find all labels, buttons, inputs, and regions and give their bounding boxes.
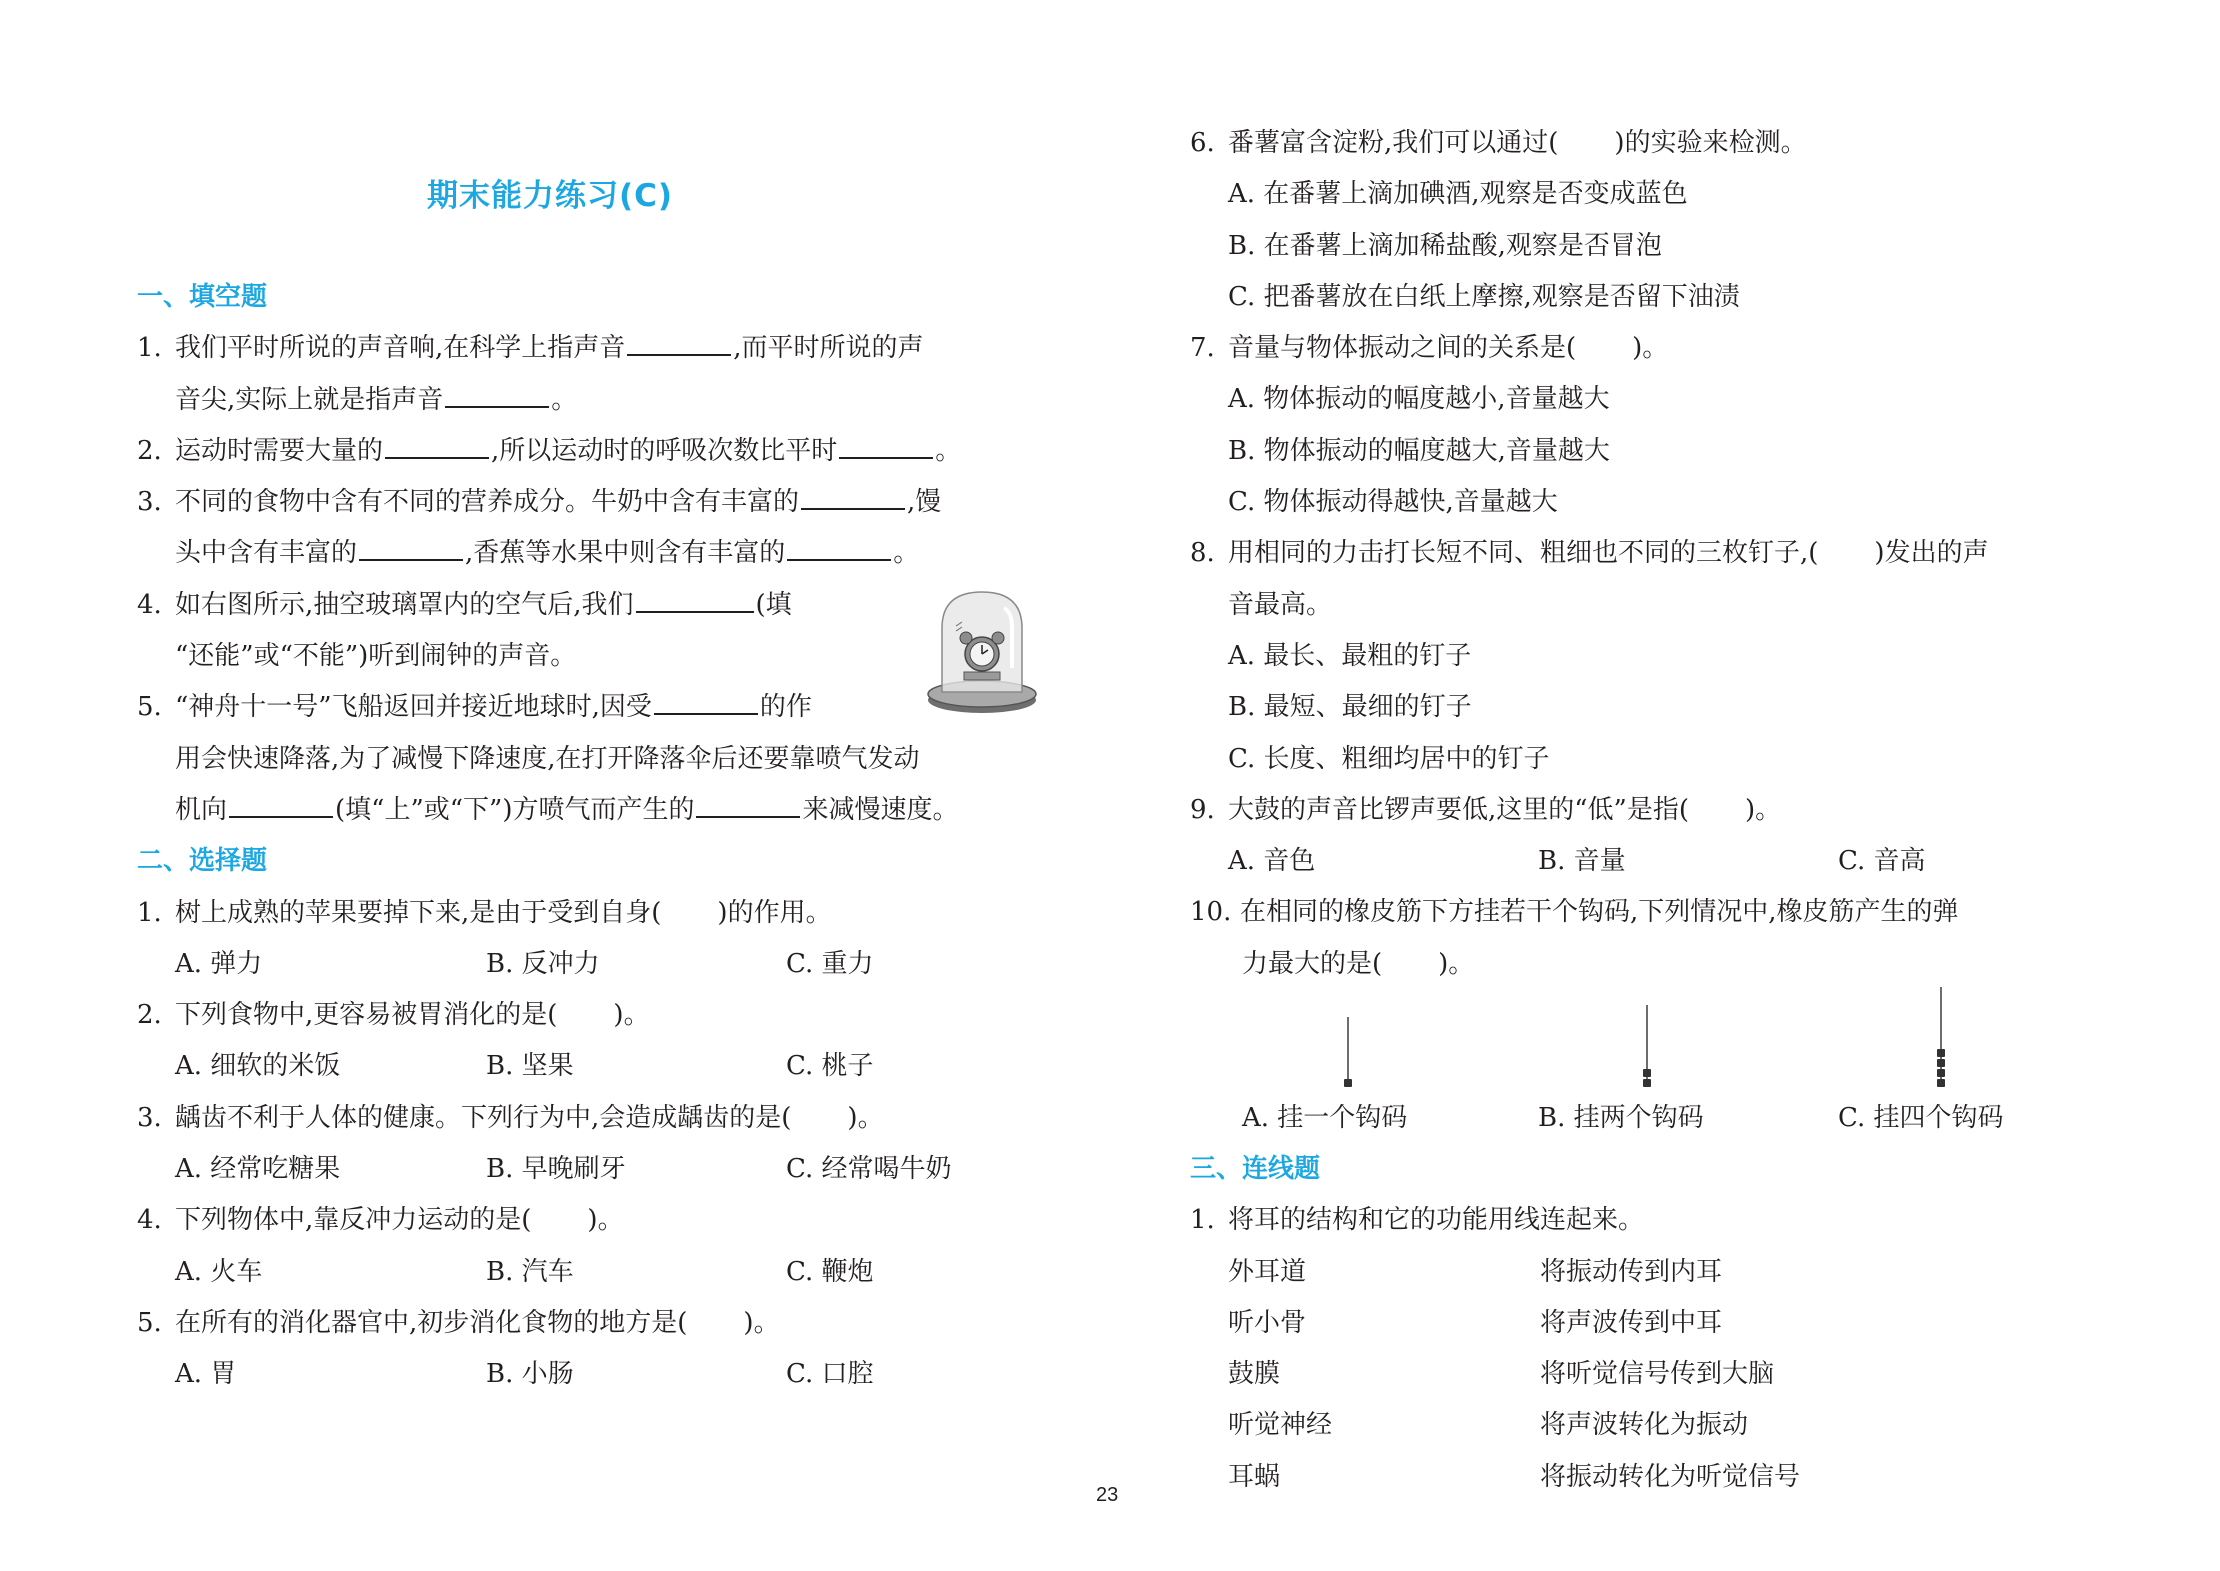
- option-a[interactable]: A. 弹力: [175, 939, 262, 990]
- option-a[interactable]: A. 在番薯上滴加碘酒,观察是否变成蓝色: [1190, 169, 2110, 220]
- right-column: 6.番薯富含淀粉,我们可以通过()的实验来检测。 A. 在番薯上滴加碘酒,观察是…: [1190, 118, 2110, 1503]
- matching-question-1: 1.将耳的结构和它的功能用线连起来。: [1190, 1195, 2110, 1246]
- choice-question-2: 2.下列食物中,更容易被胃消化的是()。: [137, 990, 1037, 1041]
- choice-question-6: 6.番薯富含淀粉,我们可以通过()的实验来检测。: [1190, 118, 2110, 169]
- choice-question-9: 9.大鼓的声音比锣声要低,这里的“低”是指()。: [1190, 785, 2110, 836]
- option-b[interactable]: B. 最短、最细的钉子: [1190, 682, 2110, 733]
- choice-question-8: 8.用相同的力击打长短不同、粗细也不同的三枚钉子,()发出的声: [1190, 528, 2110, 579]
- option-b[interactable]: B. 在番薯上滴加稀盐酸,观察是否冒泡: [1190, 221, 2110, 272]
- answer-blank[interactable]: [229, 786, 333, 818]
- option-a[interactable]: A. 经常吃糖果: [175, 1144, 340, 1195]
- choice-question-3: 3.龋齿不利于人体的健康。下列行为中,会造成龋齿的是()。: [137, 1093, 1037, 1144]
- section-heading-fill-in: 一、填空题: [137, 272, 1037, 323]
- choice-options-5: A. 胃 B. 小肠 C. 口腔: [137, 1349, 1037, 1400]
- ear-structure-item[interactable]: 听觉神经: [1228, 1400, 1332, 1451]
- choice-question-4: 4.下列物体中,靠反冲力运动的是()。: [137, 1195, 1037, 1246]
- answer-blank[interactable]: [359, 529, 463, 561]
- option-b[interactable]: B. 早晚刷牙: [486, 1144, 626, 1195]
- option-c[interactable]: C. 音高: [1838, 836, 1926, 887]
- option-c[interactable]: C. 长度、粗细均居中的钉子: [1190, 734, 2110, 785]
- choice-options-1: A. 弹力 B. 反冲力 C. 重力: [137, 939, 1037, 990]
- choice-options-9: A. 音色 B. 音量 C. 音高: [1190, 836, 2110, 887]
- bell-jar-alarm-clock-figure: [926, 588, 1038, 716]
- choice-question-10: 10.在相同的橡皮筋下方挂若干个钩码,下列情况中,橡皮筋产生的弹: [1190, 887, 2110, 938]
- answer-blank[interactable]: [696, 786, 800, 818]
- option-c[interactable]: C. 桃子: [786, 1041, 874, 1092]
- matching-row: 听小骨 将声波传到中耳: [1190, 1298, 2110, 1349]
- answer-blank[interactable]: [636, 581, 754, 613]
- choice-question-1: 1.树上成熟的苹果要掉下来,是由于受到自身()的作用。: [137, 888, 1037, 939]
- answer-blank[interactable]: [385, 427, 489, 459]
- answer-blank[interactable]: [627, 324, 731, 356]
- option-a[interactable]: A. 火车: [175, 1247, 262, 1298]
- answer-blank[interactable]: [445, 376, 549, 408]
- answer-blank[interactable]: [654, 683, 758, 715]
- fill-question-4: 4.如右图所示,抽空玻璃罩内的空气后,我们(填: [137, 580, 1037, 631]
- page-number: 23: [1096, 1484, 1118, 1507]
- rubber-band-two-weights: [1641, 1005, 1653, 1087]
- option-a[interactable]: A. 音色: [1228, 836, 1315, 887]
- choice-question-5: 5.在所有的消化器官中,初步消化食物的地方是()。: [137, 1298, 1037, 1349]
- option-c[interactable]: C. 经常喝牛奶: [786, 1144, 952, 1195]
- ear-function-item[interactable]: 将振动转化为听觉信号: [1540, 1452, 1800, 1503]
- option-c[interactable]: C. 口腔: [786, 1349, 874, 1400]
- option-c[interactable]: C. 重力: [786, 939, 874, 990]
- option-a[interactable]: A. 物体振动的幅度越小,音量越大: [1190, 374, 2110, 425]
- option-b[interactable]: B. 挂两个钩码: [1538, 1093, 1704, 1144]
- matching-row: 听觉神经 将声波转化为振动: [1190, 1400, 2110, 1451]
- section-heading-matching: 三、连线题: [1190, 1144, 2110, 1195]
- ear-function-item[interactable]: 将声波转化为振动: [1540, 1400, 1748, 1451]
- matching-row: 外耳道 将振动传到内耳: [1190, 1247, 2110, 1298]
- answer-blank[interactable]: [801, 478, 905, 510]
- matching-row: 耳蜗 将振动转化为听觉信号: [1190, 1452, 2110, 1503]
- fill-question-1: 1.我们平时所说的声音响,在科学上指声音,而平时所说的声: [137, 323, 1037, 374]
- ear-structure-item[interactable]: 外耳道: [1228, 1247, 1306, 1298]
- choice-options-10: A. 挂一个钩码 B. 挂两个钩码 C. 挂四个钩码: [1190, 1093, 2110, 1144]
- rubber-band-one-weight: [1342, 1017, 1354, 1087]
- ear-function-item[interactable]: 将声波传到中耳: [1540, 1298, 1722, 1349]
- option-c[interactable]: C. 把番薯放在白纸上摩擦,观察是否留下油渍: [1190, 272, 2110, 323]
- answer-blank[interactable]: [787, 529, 891, 561]
- option-b[interactable]: B. 反冲力: [486, 939, 600, 990]
- option-b[interactable]: B. 汽车: [486, 1247, 574, 1298]
- matching-row: 鼓膜 将听觉信号传到大脑: [1190, 1349, 2110, 1400]
- ear-structure-item[interactable]: 听小骨: [1228, 1298, 1306, 1349]
- ear-function-item[interactable]: 将振动传到内耳: [1540, 1247, 1722, 1298]
- rubber-band-four-weights: [1935, 987, 1947, 1087]
- left-column: 一、填空题 1.我们平时所说的声音响,在科学上指声音,而平时所说的声 音尖,实际…: [137, 272, 1037, 1401]
- choice-question-7: 7.音量与物体振动之间的关系是()。: [1190, 323, 2110, 374]
- option-b[interactable]: B. 坚果: [486, 1041, 574, 1092]
- ear-structure-item[interactable]: 鼓膜: [1228, 1349, 1280, 1400]
- option-a[interactable]: A. 细软的米饭: [175, 1041, 340, 1092]
- fill-question-3: 3.不同的食物中含有不同的营养成分。牛奶中含有丰富的,馒: [137, 477, 1037, 528]
- fill-question-5: 5.“神舟十一号”飞船返回并接近地球时,因受的作: [137, 682, 1037, 733]
- option-c[interactable]: C. 挂四个钩码: [1838, 1093, 2004, 1144]
- choice-options-4: A. 火车 B. 汽车 C. 鞭炮: [137, 1247, 1037, 1298]
- answer-blank[interactable]: [839, 427, 933, 459]
- section-heading-multiple-choice: 二、选择题: [137, 836, 1037, 887]
- option-c[interactable]: C. 物体振动得越快,音量越大: [1190, 477, 2110, 528]
- rubber-band-weights-figure: [1190, 990, 2110, 1093]
- option-b[interactable]: B. 物体振动的幅度越大,音量越大: [1190, 426, 2110, 477]
- ear-function-item[interactable]: 将听觉信号传到大脑: [1540, 1349, 1774, 1400]
- option-a[interactable]: A. 最长、最粗的钉子: [1190, 631, 2110, 682]
- option-b[interactable]: B. 小肠: [486, 1349, 574, 1400]
- choice-options-2: A. 细软的米饭 B. 坚果 C. 桃子: [137, 1041, 1037, 1092]
- option-a[interactable]: A. 挂一个钩码: [1242, 1093, 1407, 1144]
- option-c[interactable]: C. 鞭炮: [786, 1247, 874, 1298]
- choice-options-3: A. 经常吃糖果 B. 早晚刷牙 C. 经常喝牛奶: [137, 1144, 1037, 1195]
- ear-structure-item[interactable]: 耳蜗: [1228, 1452, 1280, 1503]
- fill-question-2: 2.运动时需要大量的,所以运动时的呼吸次数比平时。: [137, 426, 1037, 477]
- option-a[interactable]: A. 胃: [175, 1349, 236, 1400]
- option-b[interactable]: B. 音量: [1538, 836, 1626, 887]
- page-title: 期末能力练习(C): [0, 170, 1100, 215]
